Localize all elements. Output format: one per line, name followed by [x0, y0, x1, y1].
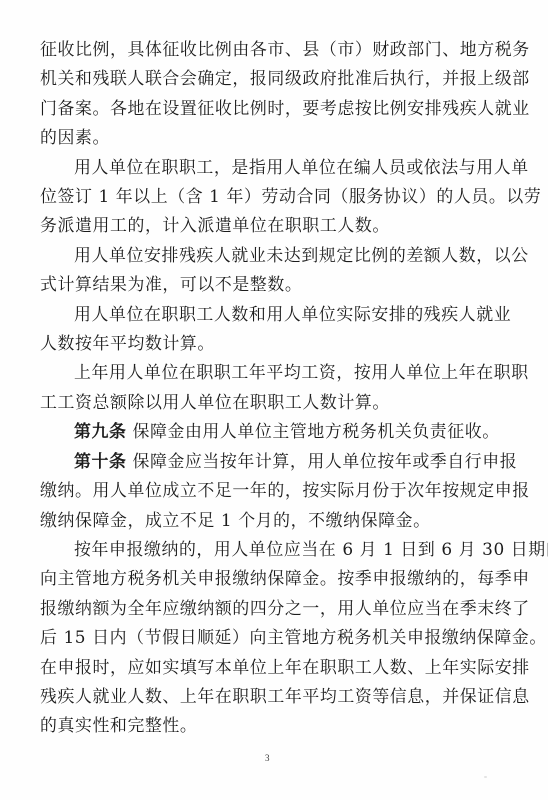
- article-heading: 第九条: [74, 421, 126, 441]
- text-line: 报缴纳额为全年应缴纳额的四分之一，用人单位应当在季末终了: [40, 594, 503, 623]
- article-text: 保障金应当按年计算，用人单位按年或季自行申报: [132, 451, 517, 471]
- text-line: 工工资总额除以用人单位在职职工人数计算。: [40, 388, 503, 417]
- text-line: 上年用人单位在职职工年平均工资，按用人单位上年在职职: [40, 358, 503, 387]
- text-line: 向主管地方税务机关申报缴纳保障金。按季申报缴纳的，每季申: [40, 564, 503, 593]
- text-line: 务派遣用工的，计入派遣单位在职职工人数。: [40, 211, 503, 240]
- text-line: 用人单位在职职工，是指用人单位在编人员或依法与用人单: [40, 153, 503, 182]
- paragraph-levy-ratio: 征收比例，具体征收比例由各市、县（市）财政部门、地方税务 机关和残联人联合会确定…: [40, 35, 503, 153]
- text-line: 残疾人就业人数、上年在职职工年平均工资等信息，并保证信息: [40, 682, 503, 711]
- text-line: 征收比例，具体征收比例由各市、县（市）财政部门、地方税务: [40, 35, 503, 64]
- paragraph-annual-average: 用人单位在职职工人数和用人单位实际安排的残疾人就业 人数按年平均数计算。: [40, 300, 503, 359]
- text-line: 在申报时，应如实填写本单位上年在职职工人数、上年实际安排: [40, 653, 503, 682]
- text-line: 用人单位在职职工人数和用人单位实际安排的残疾人就业: [40, 300, 503, 329]
- text-line: 门备案。各地在设置征收比例时，要考虑按比例安排残疾人就业: [40, 94, 503, 123]
- article-text: 保障金由用人单位主管地方税务机关负责征收。: [132, 421, 499, 441]
- page-number: 3: [265, 753, 270, 763]
- text-line: 式计算结果为准，可以不是整数。: [40, 270, 503, 299]
- paragraph-average-wage: 上年用人单位在职职工年平均工资，按用人单位上年在职职 工工资总额除以用人单位在职…: [40, 358, 503, 417]
- article-10: 第十条 保障金应当按年计算，用人单位按年或季自行申报 缴纳。用人单位成立不足一年…: [40, 447, 503, 535]
- text-line: 按年申报缴纳的，用人单位应当在 6 月 1 日到 6 月 30 日期间: [40, 535, 503, 564]
- document-body: 征收比例，具体征收比例由各市、县（市）财政部门、地方税务 机关和残联人联合会确定…: [40, 35, 503, 741]
- text-line: 缴纳。用人单位成立不足一年的，按实际月份于次年按规定申报: [40, 476, 503, 505]
- article-9: 第九条 保障金由用人单位主管地方税务机关负责征收。: [40, 417, 503, 446]
- text-line: 人数按年平均数计算。: [40, 329, 503, 358]
- text-line: 的因素。: [40, 123, 503, 152]
- text-line: 缴纳保障金，成立不足 1 个月的，不缴纳保障金。: [40, 506, 503, 535]
- paragraph-shortfall: 用人单位安排残疾人就业未达到规定比例的差额人数，以公 式计算结果为准，可以不是整…: [40, 241, 503, 300]
- text-line: 第九条 保障金由用人单位主管地方税务机关负责征收。: [40, 417, 503, 446]
- text-line: 机关和残联人联合会确定，报同级政府批准后执行，并报上级部: [40, 64, 503, 93]
- scan-artifact: [484, 776, 487, 778]
- text-line: 用人单位安排残疾人就业未达到规定比例的差额人数，以公: [40, 241, 503, 270]
- paragraph-declaration: 按年申报缴纳的，用人单位应当在 6 月 1 日到 6 月 30 日期间 向主管地…: [40, 535, 503, 741]
- text-line: 的真实性和完整性。: [40, 711, 503, 740]
- article-heading: 第十条: [74, 451, 126, 471]
- text-line: 后 15 日内（节假日顺延）向主管地方税务机关申报缴纳保障金。: [40, 623, 503, 652]
- document-page: 征收比例，具体征收比例由各市、县（市）财政部门、地方税务 机关和残联人联合会确定…: [0, 0, 548, 800]
- text-line: 第十条 保障金应当按年计算，用人单位按年或季自行申报: [40, 447, 503, 476]
- paragraph-employees-definition: 用人单位在职职工，是指用人单位在编人员或依法与用人单 位签订 1 年以上（含 1…: [40, 153, 503, 241]
- text-line: 位签订 1 年以上（含 1 年）劳动合同（服务协议）的人员。以劳: [40, 182, 503, 211]
